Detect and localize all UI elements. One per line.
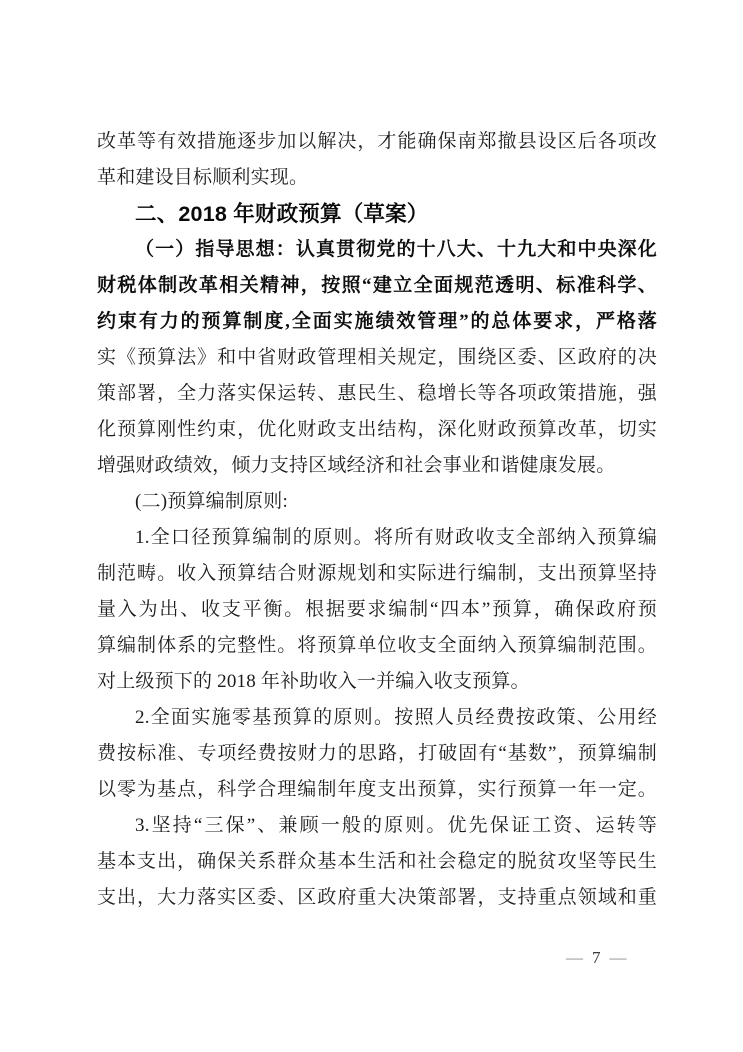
page-number-value: 7 (592, 948, 601, 968)
doc-line: 3.坚持“三保”、兼顾一般的原则。优先保证工资、运转等 (97, 808, 657, 844)
doc-line: 支出，大力落实区委、区政府重大决策部署，支持重点领域和重 (97, 880, 657, 916)
doc-line: 实《预算法》和中省财政管理相关规定，围绕区委、区政府的决 (97, 340, 657, 376)
doc-line: 2.全面实施零基预算的原则。按照人员经费按政策、公用经 (97, 700, 657, 736)
doc-line: 增强财政绩效，倾力支持区域经济和社会事业和谐健康发展。 (97, 448, 657, 484)
doc-line: 革和建设目标顺利实现。 (97, 160, 657, 196)
doc-line: 制范畴。收入预算结合财源规划和实际进行编制，支出预算坚持 (97, 556, 657, 592)
doc-line: 1.全口径预算编制的原则。将所有财政收支全部纳入预算编 (97, 520, 657, 556)
doc-line: 基本支出，确保关系群众基本生活和社会稳定的脱贫攻坚等民生 (97, 844, 657, 880)
subsection-heading: (二)预算编制原则: (97, 484, 657, 520)
doc-line: 量入为出、收支平衡。根据要求编制“四本”预算，确保政府预 (97, 592, 657, 628)
page-number-dash-right: — (610, 948, 627, 968)
doc-line: （一）指导思想：认真贯彻党的十八大、十九大和中央深化 (97, 232, 657, 268)
section-heading: 二、2018 年财政预算（草案） (97, 196, 657, 232)
page-number-dash-left: — (566, 948, 583, 968)
page-number: — 7 — (566, 948, 627, 968)
document-page: 改革等有效措施逐步加以解决，才能确保南郑撤县设区后各项改 革和建设目标顺利实现。… (0, 0, 743, 1052)
doc-line: 策部署，全力落实保运转、惠民生、稳增长等各项政策措施，强 (97, 376, 657, 412)
doc-line: 约束有力的预算制度,全面实施绩效管理”的总体要求，严格落 (97, 304, 657, 340)
doc-line: 财税体制改革相关精神，按照“建立全面规范透明、标准科学、 (97, 268, 657, 304)
doc-line: 费按标准、专项经费按财力的思路，打破固有“基数”，预算编制 (97, 736, 657, 772)
doc-line: 改革等有效措施逐步加以解决，才能确保南郑撤县设区后各项改 (97, 124, 657, 160)
doc-line: 以零为基点，科学合理编制年度支出预算，实行预算一年一定。 (97, 772, 657, 808)
document-body: 改革等有效措施逐步加以解决，才能确保南郑撤县设区后各项改 革和建设目标顺利实现。… (97, 124, 657, 916)
doc-line: 算编制体系的完整性。将预算单位收支全面纳入预算编制范围。 (97, 628, 657, 664)
doc-line: 化预算刚性约束，优化财政支出结构，深化财政预算改革，切实 (97, 412, 657, 448)
doc-line: 对上级预下的 2018 年补助收入一并编入收支预算。 (97, 664, 657, 700)
